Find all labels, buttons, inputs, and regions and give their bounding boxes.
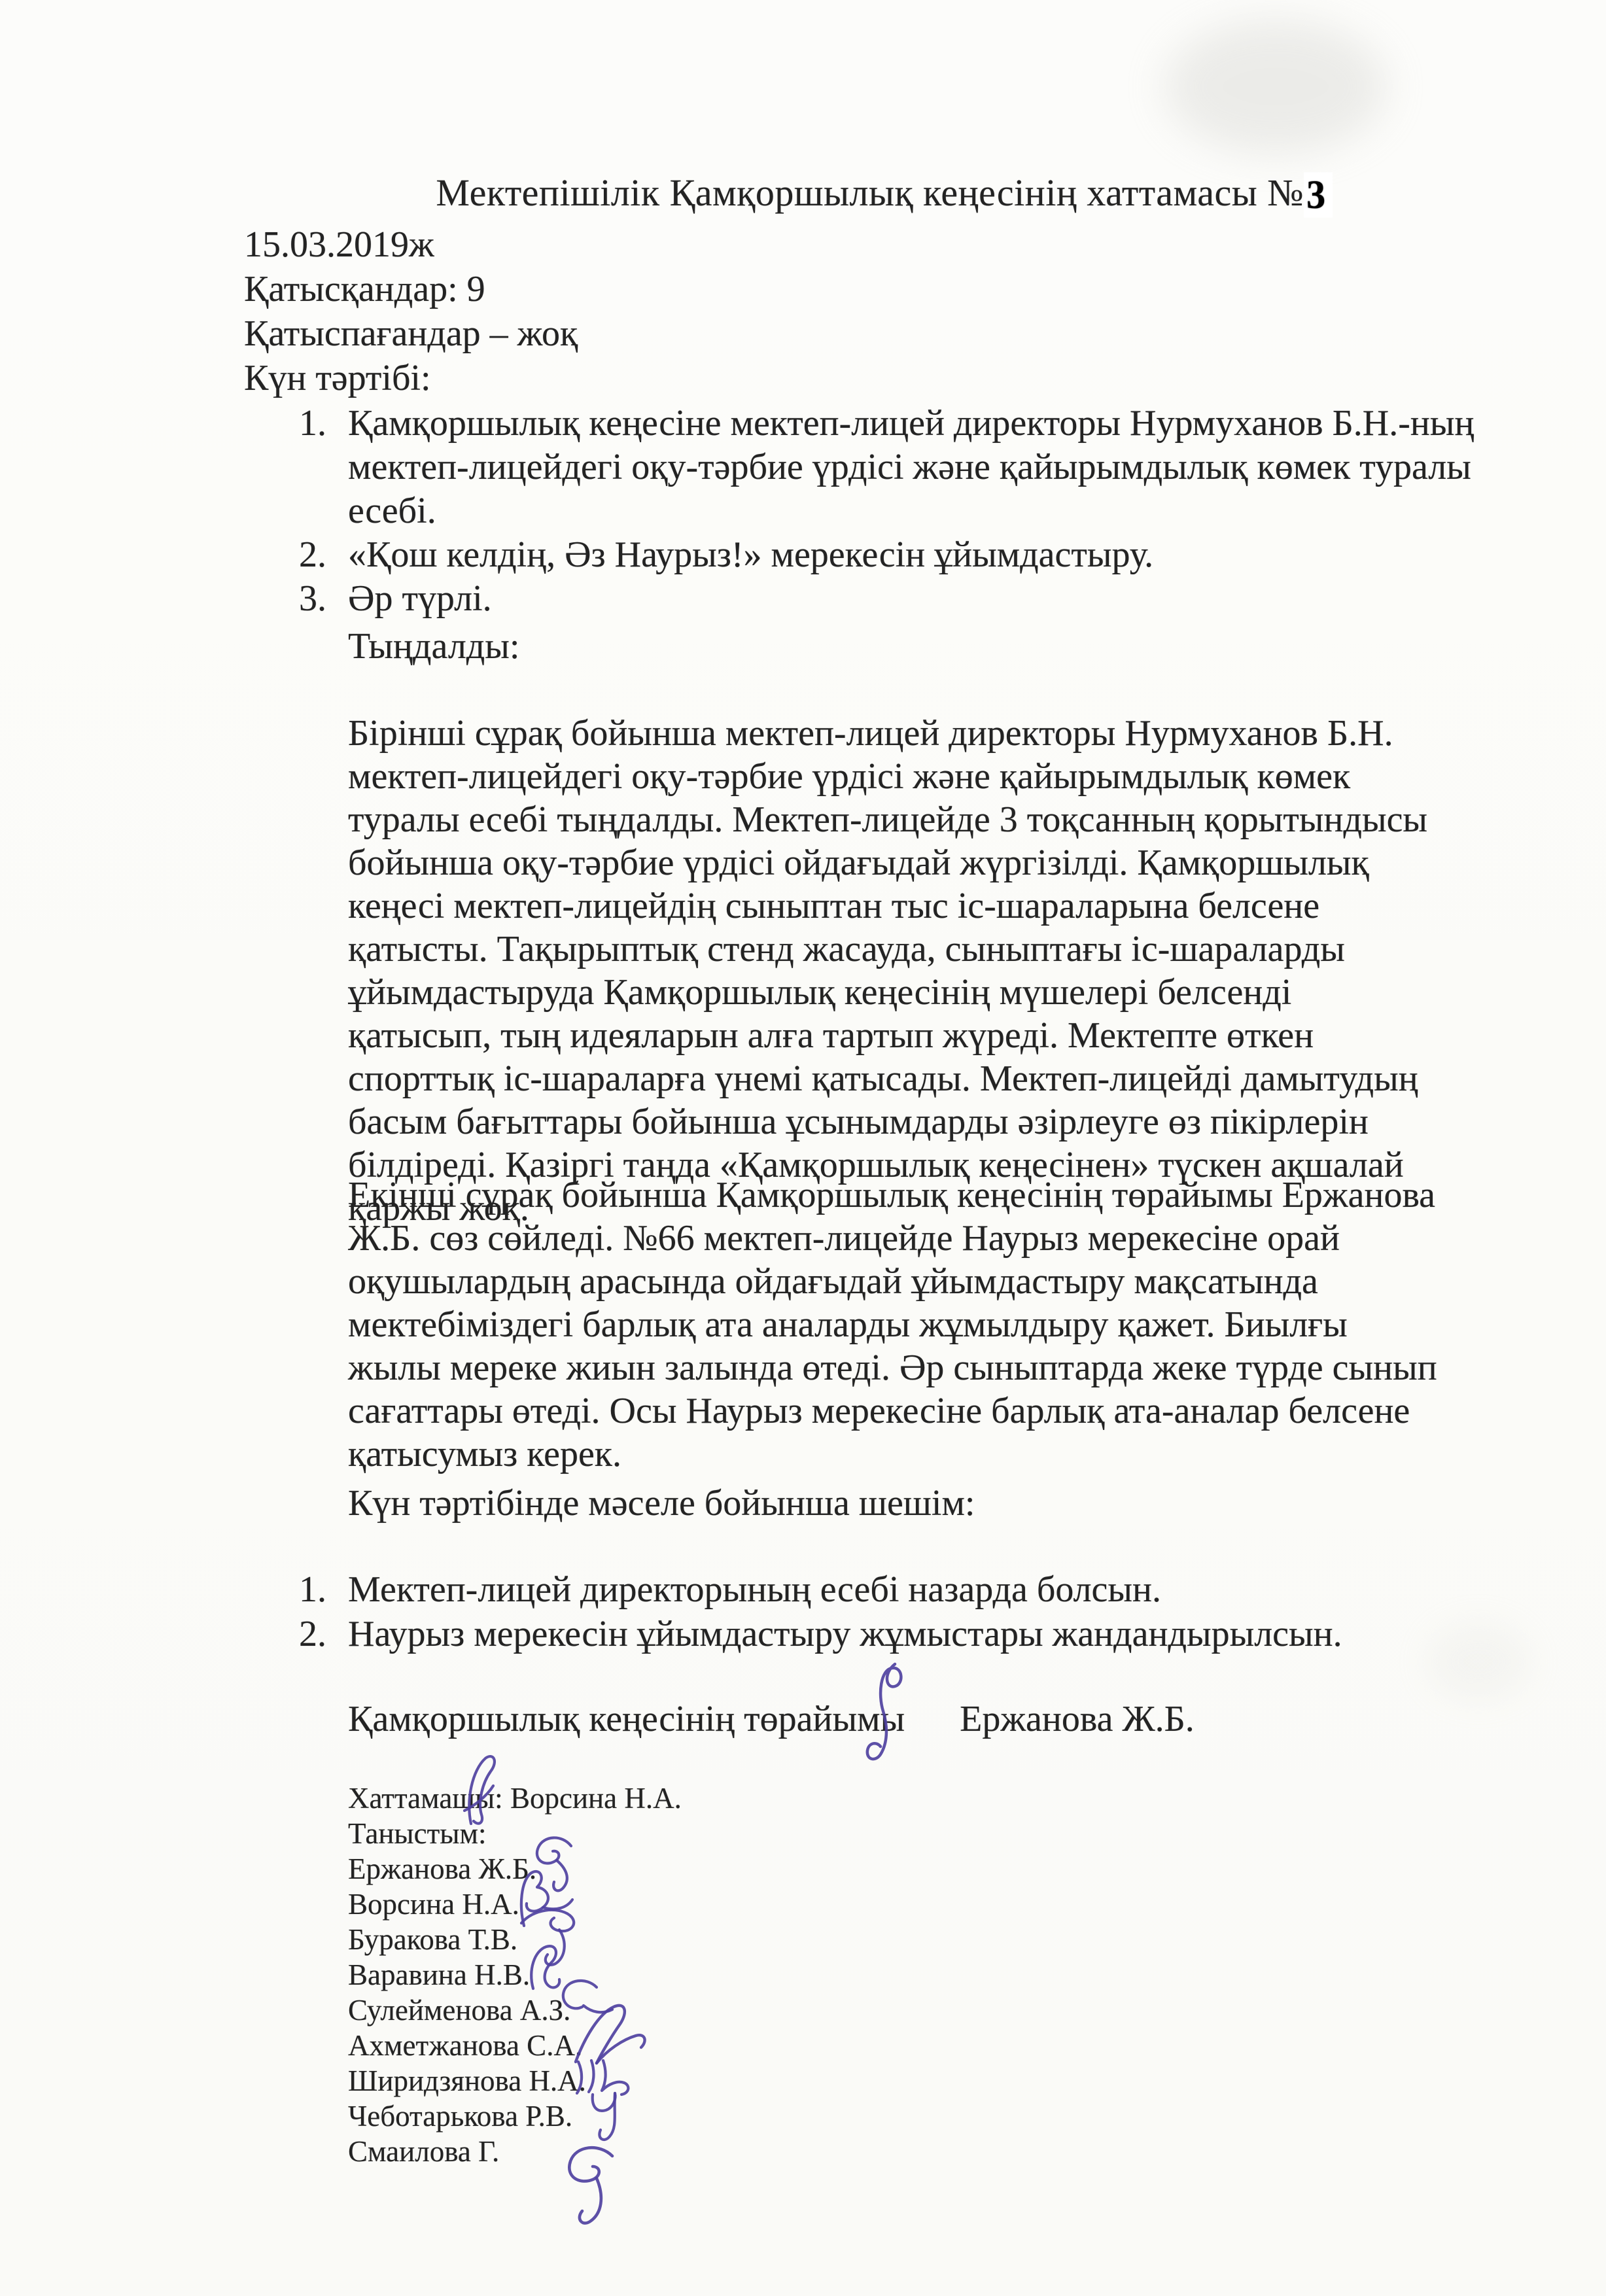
participants-line: Қатысқандар: 9 — [244, 267, 1524, 311]
scan-shadow-artifact — [1164, 20, 1387, 154]
scanned-protocol-page: Мектепішілік Қамқоршылық кеңесінің хатта… — [0, 0, 1606, 2296]
acknowledged-heading: Таныстым: — [348, 1816, 1524, 1851]
signatory-name: Ширидзянова Н.А. — [348, 2063, 1524, 2098]
agenda-item-number: 1. — [299, 402, 326, 445]
decision-heading: Күн тәртібінде мәселе бойынша шешім: — [244, 1482, 1524, 1524]
signatory-name: Буракова Т.В. — [348, 1922, 1524, 1957]
decision-item: 2. Наурыз мерекесін ұйымдастыру жұмыстар… — [244, 1612, 1524, 1656]
agenda-item: 1. Қамқоршылық кеңесіне мектеп-лицей дир… — [244, 402, 1524, 533]
decision-item: 1. Мектеп-лицей директорының есебі назар… — [244, 1567, 1524, 1612]
heard-heading: Тыңдалды: — [244, 625, 1524, 667]
date-line: 15.03.2019ж — [244, 222, 1524, 267]
signatory-name: Сулейменова А.З. — [348, 1992, 1524, 2028]
agenda-item-text: Қамқоршылық кеңесіне мектеп-лицей директ… — [348, 403, 1474, 531]
protocol-number: 3 — [1304, 172, 1333, 217]
secretary-label: Хаттамашы: — [348, 1782, 503, 1815]
signatory-list: Ержанова Ж.Б. Ворсина Н.А. Буракова Т.В.… — [348, 1851, 1524, 2169]
heard-paragraph-1: Бірінші сұрақ бойынша мектеп-лицей дирек… — [244, 712, 1444, 1230]
heard-paragraph-2: Екінші сұрақ бойынша Қамқоршылық кеңесін… — [244, 1174, 1444, 1476]
decision-item-text: Наурыз мерекесін ұйымдастыру жұмыстары ж… — [348, 1614, 1342, 1654]
signature-block: Хаттамашы: Ворсина Н.А. Таныстым: Ержано… — [244, 1781, 1524, 2169]
chairman-name: Ержанова Ж.Б. — [960, 1699, 1195, 1739]
chairman-label: Қамқоршылық кеңесінің төрайымы — [348, 1699, 905, 1739]
agenda-item-text: Әр түрлі. — [348, 578, 492, 619]
absent-line: Қатыспағандар – жоқ — [244, 311, 1524, 356]
decision-item-number: 1. — [299, 1567, 326, 1612]
secretary-name: Ворсина Н.А. — [510, 1782, 682, 1815]
page-title-text: Мектепішілік Қамқоршылық кеңесінің хатта… — [436, 171, 1304, 214]
agenda-item: 3. Әр түрлі. — [244, 577, 1524, 621]
signatory-name: Ахметжанова С.А. — [348, 2028, 1524, 2063]
decision-item-number: 2. — [299, 1612, 326, 1656]
agenda-item-text: «Қош келдің, Әз Наурыз!» мерекесін ұйымд… — [348, 534, 1153, 575]
agenda-heading: Күн тәртібі: — [244, 356, 1524, 400]
agenda-item: 2. «Қош келдің, Әз Наурыз!» мерекесін ұй… — [244, 533, 1524, 577]
signatory-name: Смаилова Г. — [348, 2134, 1524, 2169]
decision-list: 1. Мектеп-лицей директорының есебі назар… — [244, 1567, 1524, 1656]
signatory-name: Чеботарькова Р.В. — [348, 2098, 1524, 2134]
page-title: Мектепішілік Қамқоршылық кеңесінің хатта… — [244, 171, 1524, 215]
chairman-line: Қамқоршылық кеңесінің төрайымыЕржанова Ж… — [244, 1698, 1524, 1740]
signatory-name: Варавина Н.В. — [348, 1957, 1524, 1992]
signatory-name: Ержанова Ж.Б. — [348, 1851, 1524, 1887]
agenda-item-number: 3. — [299, 577, 326, 621]
agenda-item-number: 2. — [299, 533, 326, 577]
agenda-list: 1. Қамқоршылық кеңесіне мектеп-лицей дир… — [244, 402, 1524, 621]
signatory-name: Ворсина Н.А. — [348, 1887, 1524, 1922]
decision-item-text: Мектеп-лицей директорының есебі назарда … — [348, 1569, 1161, 1610]
secretary-line: Хаттамашы: Ворсина Н.А. — [348, 1781, 1524, 1816]
meta-block: 15.03.2019ж Қатысқандар: 9 Қатыспағандар… — [244, 222, 1524, 400]
